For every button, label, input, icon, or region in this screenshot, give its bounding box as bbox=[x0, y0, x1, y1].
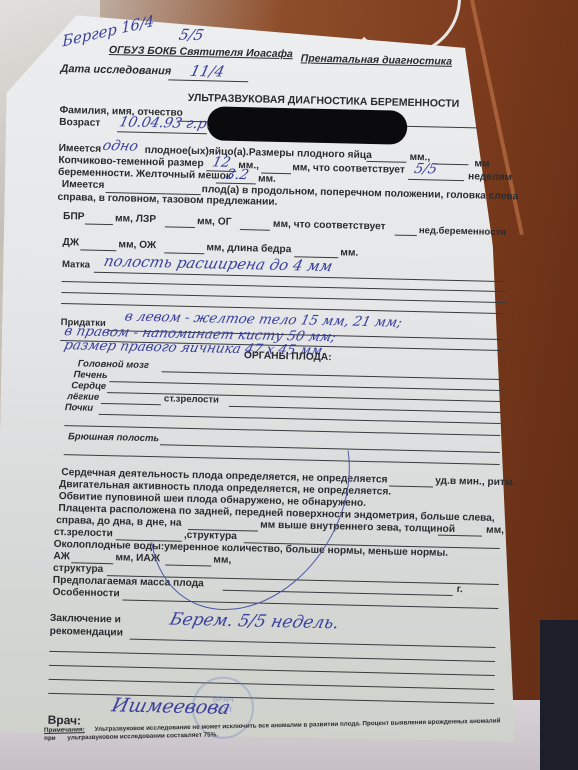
conclusion-value: Берем. 5/5 недель. bbox=[167, 610, 341, 635]
weeks-line bbox=[395, 235, 417, 236]
handwritten-top-weeks: 5/5 bbox=[177, 26, 206, 45]
conclusion-line3 bbox=[49, 665, 495, 676]
heart-rate-line bbox=[389, 485, 433, 487]
femur-mm: мм. bbox=[340, 247, 358, 260]
corresponds-line bbox=[408, 179, 464, 181]
uterus-line2 bbox=[62, 281, 506, 292]
note-text-2a: при bbox=[44, 735, 56, 742]
yolk-value: 3.2 bbox=[224, 167, 250, 185]
patient-age-label: Возраст bbox=[59, 117, 100, 131]
conclusion-line1 bbox=[130, 639, 496, 648]
conclusion-line4 bbox=[49, 679, 495, 690]
bpr-line bbox=[85, 224, 113, 226]
note-label: Примечания: bbox=[44, 726, 85, 734]
lzr-label: мм, ЛЗР bbox=[115, 213, 156, 227]
patient-age-value: 10.04.93 г.р. bbox=[117, 114, 213, 133]
dzh-label: ДЖ bbox=[62, 237, 79, 250]
ultrasound-form: Бергер 16/4 5/5 ОГБУЗ БОКБ Святителя Иоа… bbox=[4, 0, 515, 731]
uterus-line3 bbox=[61, 292, 505, 303]
conclusion-label-1: Заключение и bbox=[50, 613, 121, 627]
corresponds-label: мм, что соответствует bbox=[273, 219, 386, 234]
lzr-line bbox=[165, 226, 195, 228]
background-dark-object bbox=[540, 620, 578, 770]
corresponds-value: 5/5 bbox=[412, 161, 439, 179]
bpr-label: БПР bbox=[63, 211, 85, 224]
features-line bbox=[122, 599, 498, 609]
og-line bbox=[240, 229, 270, 231]
lungs-line bbox=[101, 403, 161, 405]
brain-line bbox=[162, 371, 502, 380]
sac-mm2: мм bbox=[474, 158, 489, 171]
og-label: мм, ОГ bbox=[197, 216, 232, 230]
weeks-pregnancy-label: нед.беременности bbox=[419, 225, 506, 239]
sac-count-value: одно bbox=[101, 138, 140, 156]
institution-name: ОГБУЗ БОКБ Святителя Иоасафа bbox=[109, 44, 293, 61]
sac-size-line2 bbox=[434, 163, 468, 165]
ozh-label: мм, ОЖ bbox=[118, 239, 156, 253]
fetus-label: Имеется bbox=[62, 179, 105, 193]
fetal-organs-title: ОРГАНЫ ПЛОДА: bbox=[244, 350, 332, 365]
corresponds-text: мм, что соответствует bbox=[292, 162, 405, 177]
kidneys-label: Почки bbox=[65, 402, 94, 415]
abdomen-label: Брюшная полость bbox=[68, 431, 159, 445]
exam-date-label: Дата исследования bbox=[60, 63, 171, 79]
department-name: Пренатальная диагностика bbox=[301, 52, 453, 69]
sac-size-line1 bbox=[366, 161, 406, 163]
dzh-line bbox=[80, 249, 116, 251]
doctor-signature: Ишмеевова bbox=[109, 694, 232, 720]
redaction-mark bbox=[207, 106, 408, 145]
conclusion-line2 bbox=[49, 651, 495, 662]
exam-date-value: 11/4 bbox=[188, 62, 226, 81]
placenta-line2c: мм, bbox=[486, 525, 504, 538]
heart-rate-unit: уд.в мин., ритм. bbox=[435, 476, 515, 491]
conclusion-label-2: рекомендации bbox=[50, 626, 123, 640]
features-label: Особенности bbox=[52, 587, 119, 601]
note-text-2b: ультразвуковом исследовании составляет 7… bbox=[67, 732, 218, 742]
uterus-label: Матка bbox=[62, 259, 90, 272]
weeks-label: неделям bbox=[468, 171, 512, 185]
fetal-weight-unit: г. bbox=[457, 584, 463, 597]
